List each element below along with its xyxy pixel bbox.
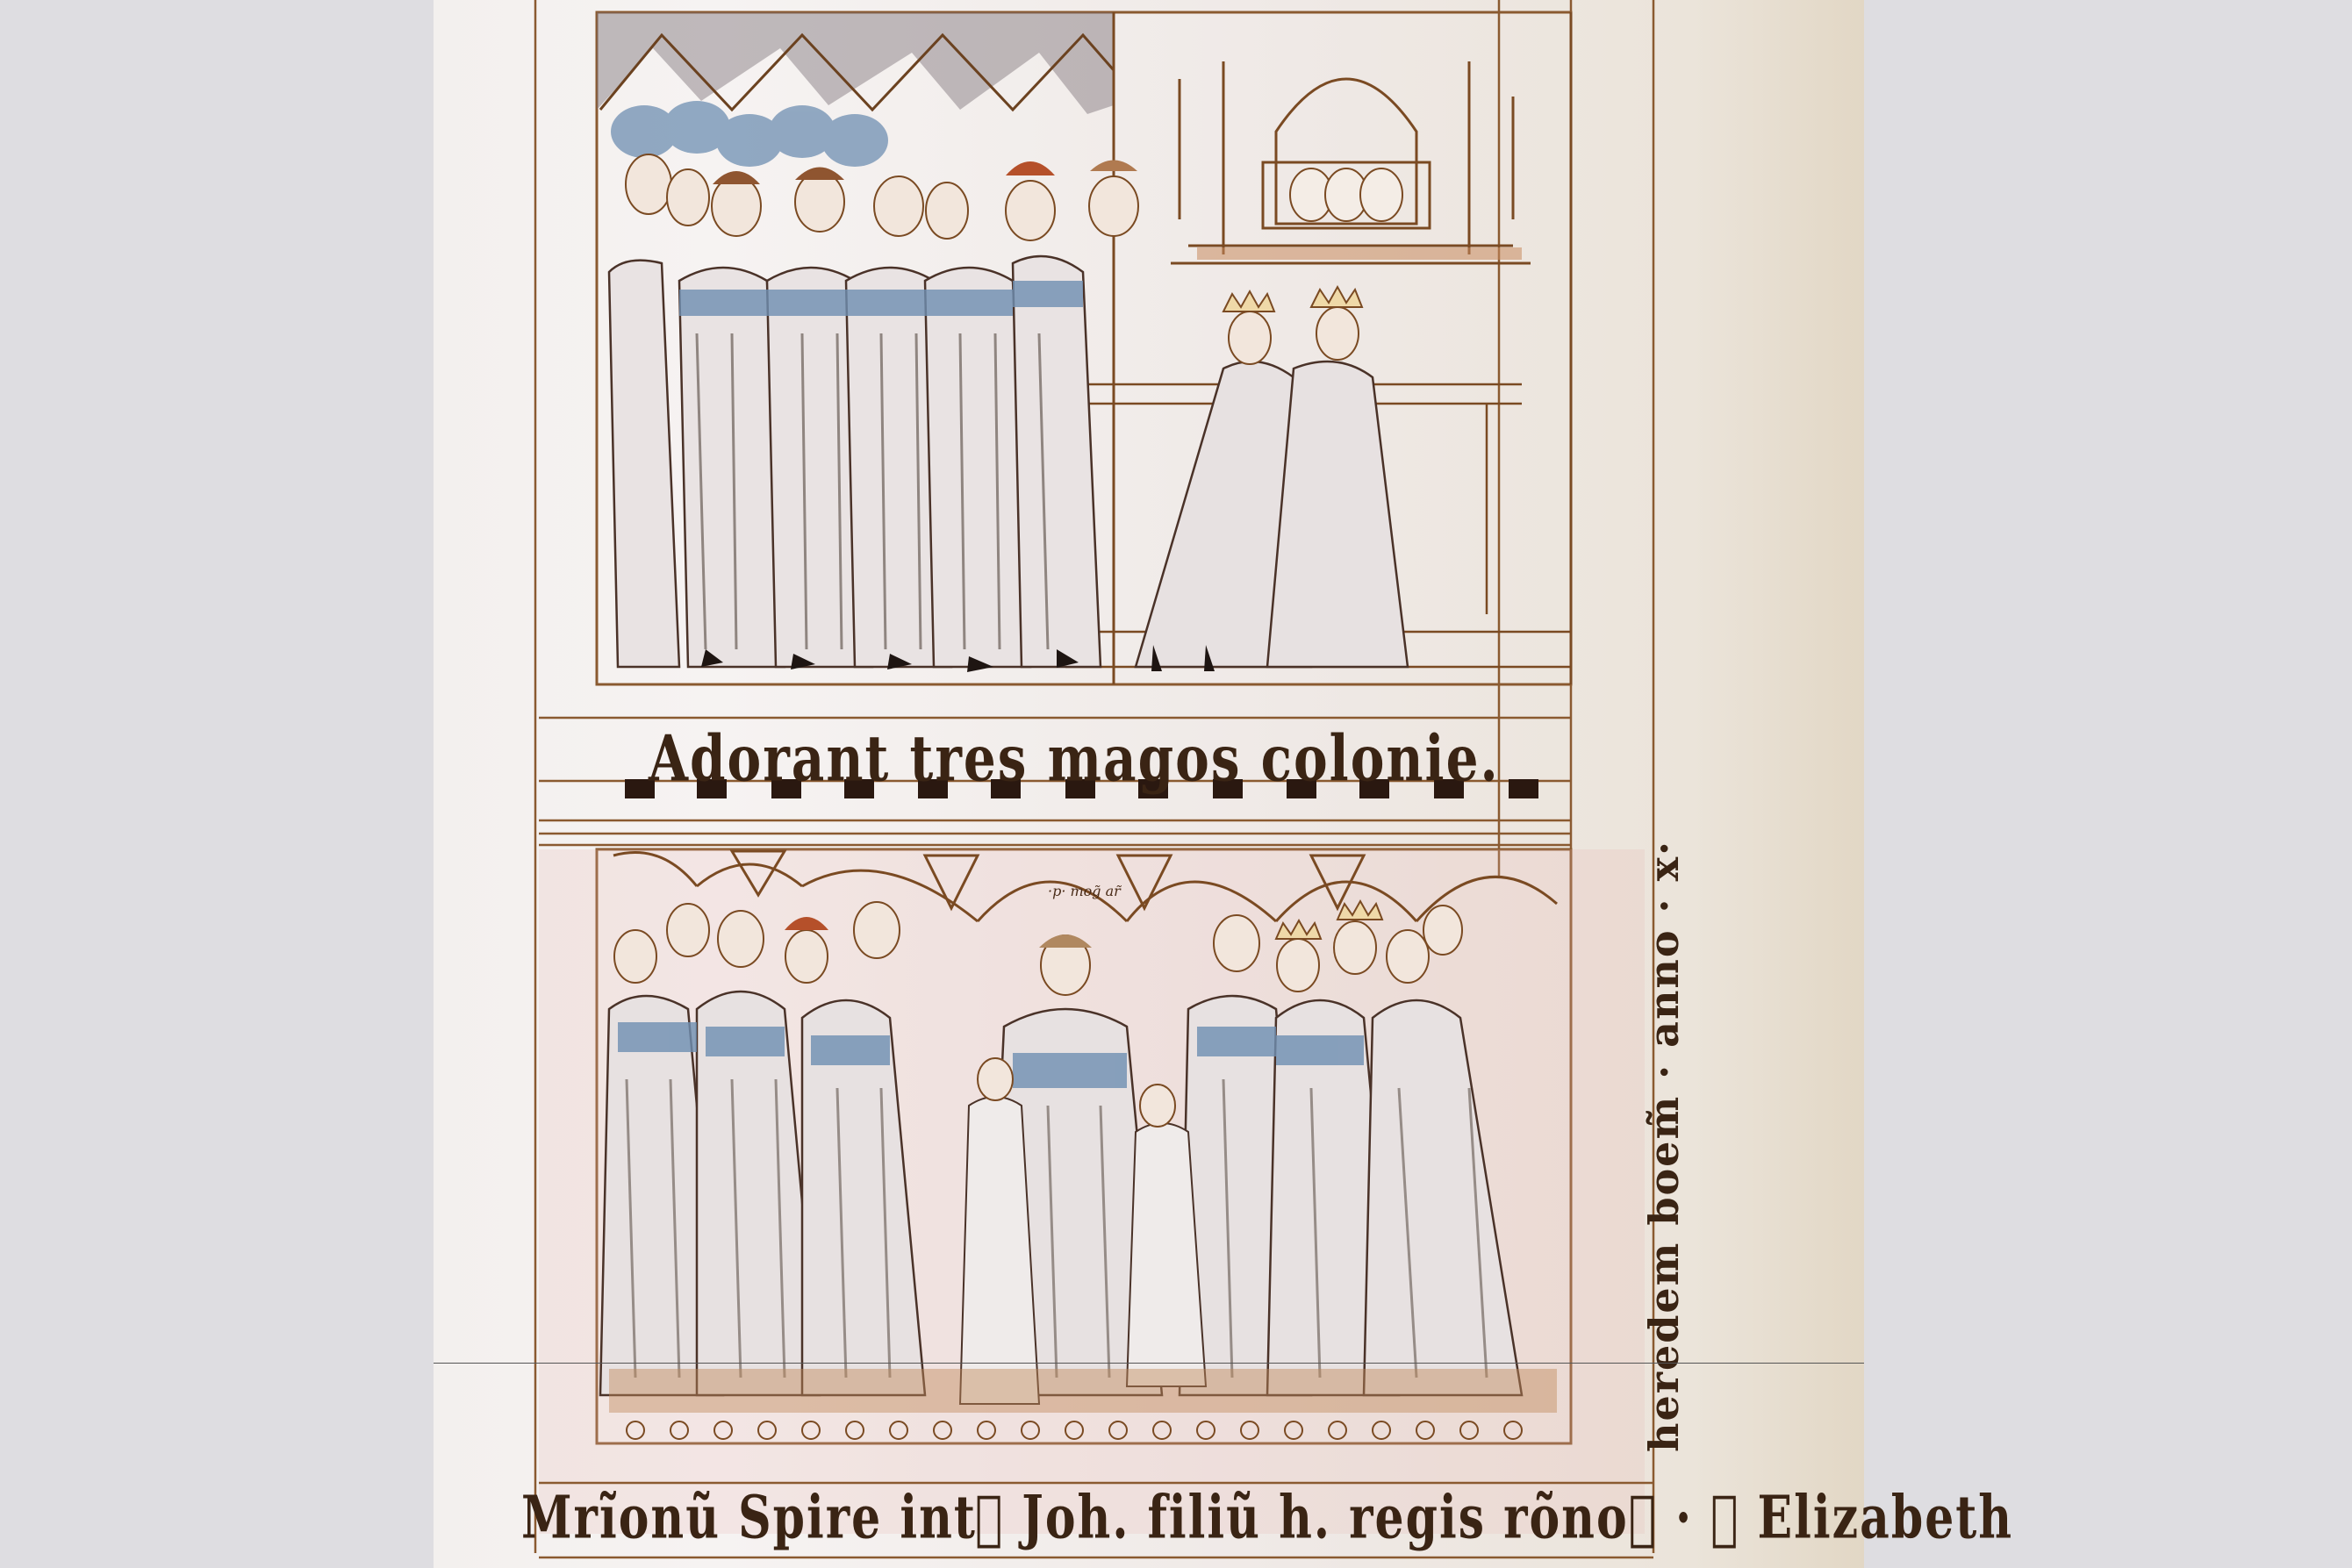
scan-guide-line [434,1363,1864,1364]
lower-scene-caption: Mrĩonũ Spire int᷑ Joh. filiũ h. regis rõ… [521,1483,2013,1552]
vertical-margin-caption: heredem boem̃ · anno · x· [1640,840,1688,1452]
manuscript-folio: Adorant tres magos colonie. ·p· mog̃ ar̃… [434,0,1864,1568]
lower-scene-annotation: ·p· mog̃ ar̃ [1048,883,1121,899]
upper-scene-caption: Adorant tres magos colonie. [649,721,1500,796]
